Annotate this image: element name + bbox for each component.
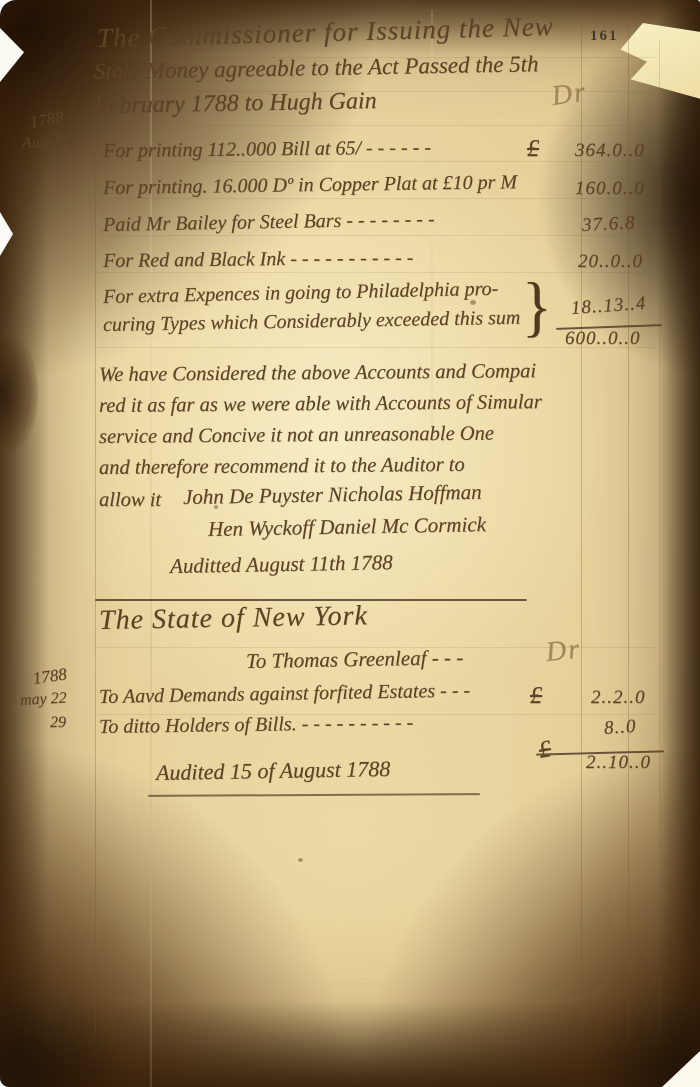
total-amount: 2..10..0 (586, 753, 651, 774)
ruled-line (97, 272, 655, 273)
manuscript-photo: 161 The Commissioner for Issuing the New… (0, 0, 700, 1087)
entry-amount: 8..0 (603, 717, 637, 740)
margin-date: 29 (50, 714, 66, 732)
parchment-page (0, 0, 700, 1087)
entry-amount: 37.6.8 (581, 213, 636, 237)
margin-date: may 22 (20, 690, 68, 710)
note-line: and therefore recommend it to the Audito… (99, 454, 465, 480)
debit-mark: Dr (550, 77, 589, 112)
entry-amount: 364.0..0 (575, 141, 645, 162)
brace-glyph: } (522, 269, 552, 346)
paper-speck (470, 300, 476, 305)
page-number: 161 (590, 28, 619, 45)
title-line-3: February 1788 to Hugh Gain (94, 88, 377, 119)
note-line: allow it (99, 489, 161, 512)
edge-rule (659, 40, 660, 1030)
margin-date: Augt 7th (22, 133, 77, 152)
ledger-entry: For Red and Black Ink - - - - - - - - - … (103, 247, 414, 272)
entry-amount: 20..0..0 (578, 252, 643, 273)
account-line: To Thomas Greenleaf - - - (246, 646, 464, 673)
margin-rule (95, 110, 96, 1035)
debit-mark: Dr (544, 634, 582, 668)
fold-crease (150, 0, 152, 1087)
ruled-line (97, 125, 655, 126)
note-line: We have Considered the above Accounts an… (99, 360, 536, 386)
ledger-entry: To ditto Holders of Bills. - - - - - - -… (99, 712, 414, 738)
pound-symbol: £ (527, 136, 539, 162)
paper-speck (298, 858, 303, 862)
pound-symbol: £ (530, 683, 542, 709)
entry-amount: 160.0..0 (575, 179, 645, 200)
audit-line: Audited 15 of August 1788 (156, 757, 391, 785)
ledger-entry: For printing 112..000 Bill at 65/ - - - … (103, 137, 431, 162)
total-amount: 600..0..0 (565, 329, 641, 350)
ruled-line (97, 198, 655, 199)
note-line: red it as far as we were able with Accou… (99, 391, 542, 417)
note-line: service and Concive it not an unreasonab… (99, 423, 494, 449)
audit-line: Auditted August 11th 1788 (170, 551, 393, 578)
section-heading: The State of New York (99, 601, 368, 636)
ruled-line (97, 235, 655, 236)
signature: Hen Wyckoff Daniel Mc Cormick (208, 513, 486, 541)
entry-amount: 2..2..0 (591, 688, 646, 709)
